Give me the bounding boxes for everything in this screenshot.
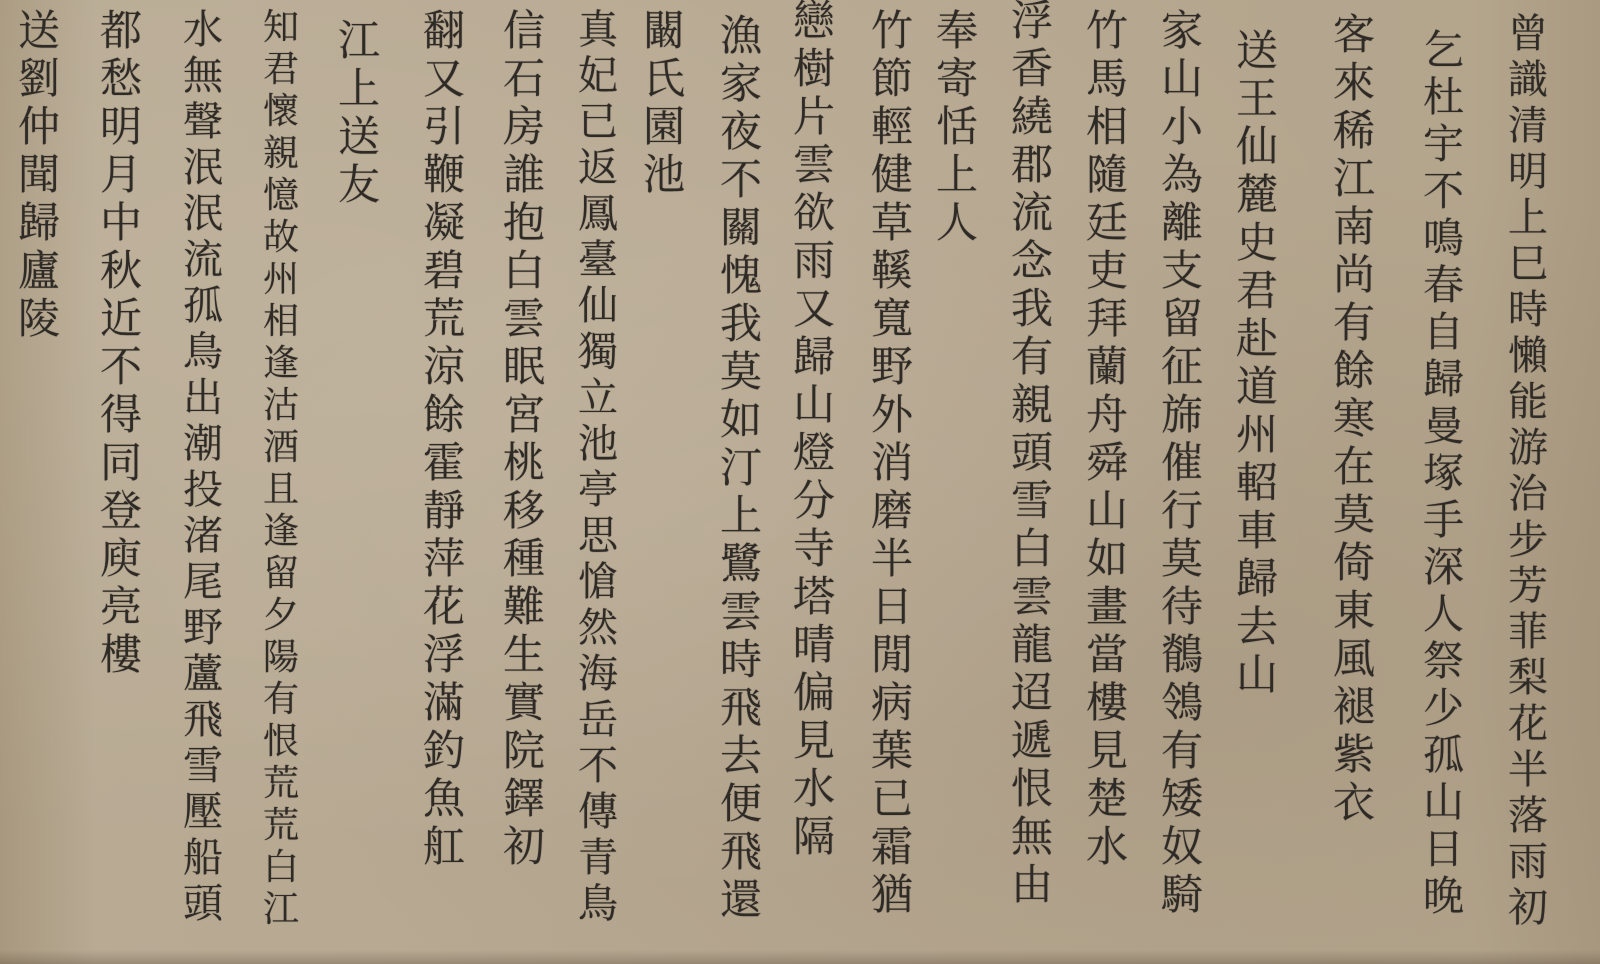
calligraphy-character: 思 [578,516,618,560]
calligraphy-character: 仙 [1236,126,1278,172]
calligraphy-character: 節 [871,58,913,104]
calligraphy-character: 園 [643,106,685,152]
calligraphy-character: 日 [871,586,913,632]
calligraphy-character: 念 [1011,240,1053,286]
calligraphy-character: 霍 [423,442,465,488]
calligraphy-character: 我 [720,303,762,349]
calligraphy-character: 史 [1236,222,1278,268]
calligraphy-character: 頭 [183,884,223,928]
calligraphy-character: 軺 [1236,462,1278,508]
calligraphy-character: 仲 [18,106,60,152]
calligraphy-character: 旆 [1161,394,1203,440]
calligraphy-character: 矮 [1161,778,1203,824]
calligraphy-character: 獨 [578,332,618,376]
calligraphy-character: 出 [183,378,223,422]
calligraphy-character: 莫 [720,351,762,397]
calligraphy-character: 在 [1333,446,1375,492]
calligraphy-character: 曼 [1423,406,1464,451]
calligraphy-column: 江上送友 [338,20,380,212]
calligraphy-character: 拜 [1086,298,1128,344]
calligraphy-character: 水 [1086,826,1128,872]
calligraphy-character: 州 [263,262,299,302]
calligraphy-character: 猶 [871,874,913,920]
calligraphy-character: 潮 [183,424,223,468]
calligraphy-character: 有 [1011,336,1053,382]
calligraphy-character: 妃 [578,56,618,100]
calligraphy-character: 歸 [1423,359,1464,404]
calligraphy-character: 稀 [1333,110,1375,156]
calligraphy-character: 白 [263,850,299,890]
calligraphy-character: 院 [503,730,545,776]
calligraphy-character: 鷺 [720,543,762,589]
calligraphy-character: 雨 [1508,842,1548,886]
calligraphy-character: 竹 [871,10,913,56]
calligraphy-character: 花 [1508,704,1548,748]
calligraphy-character: 深 [1423,547,1464,592]
calligraphy-character: 半 [1508,750,1548,794]
calligraphy-character: 渚 [183,516,223,560]
calligraphy-character: 野 [871,346,913,392]
calligraphy-character: 來 [1333,62,1375,108]
calligraphy-character: 氏 [643,58,685,104]
calligraphy-character: 聲 [183,102,223,146]
calligraphy-character: 泯 [183,194,223,238]
calligraphy-character: 消 [871,442,913,488]
calligraphy-character: 分 [793,480,835,526]
calligraphy-character: 已 [871,778,913,824]
calligraphy-character: 岳 [578,700,618,744]
calligraphy-column: 闞氏園池 [643,10,685,202]
calligraphy-character: 草 [871,202,913,248]
calligraphy-character: 赴 [1236,318,1278,364]
calligraphy-character: 樓 [100,634,142,680]
calligraphy-character: 真 [578,10,618,54]
calligraphy-column: 戀樹片雲欲雨又歸山燈分寺塔晴偏見水隔 [793,0,835,864]
calligraphy-character: 少 [1423,688,1464,733]
calligraphy-character: 寒 [1333,398,1375,444]
calligraphy-character: 友 [338,164,380,210]
calligraphy-character: 東 [1333,590,1375,636]
calligraphy-character: 荒 [263,766,299,806]
calligraphy-column: 家山小為離支留征旆催行莫待鶺鴒有矮奴騎 [1161,10,1203,922]
calligraphy-character: 登 [100,490,142,536]
calligraphy-character: 同 [100,442,142,488]
calligraphy-column: 奉寄恬上人 [936,10,978,250]
calligraphy-character: 紫 [1333,734,1375,780]
calligraphy-character: 香 [1011,48,1053,94]
calligraphy-character: 尾 [183,562,223,606]
calligraphy-character: 州 [1236,414,1278,460]
calligraphy-character: 房 [503,106,545,152]
calligraphy-character: 宇 [1423,124,1464,169]
calligraphy-character: 荒 [423,298,465,344]
calligraphy-character: 歸 [18,202,60,248]
calligraphy-character: 涼 [423,346,465,392]
calligraphy-character: 步 [1508,520,1548,564]
calligraphy-character: 鳥 [578,884,618,928]
calligraphy-character: 催 [1161,442,1203,488]
calligraphy-character: 花 [423,586,465,632]
calligraphy-character: 逢 [263,514,299,554]
calligraphy-character: 晴 [793,624,835,670]
calligraphy-column: 乞杜宇不鳴春自歸曼塚手深人祭少孤山日晚 [1423,30,1464,923]
calligraphy-character: 漁 [720,15,762,61]
calligraphy-character: 壓 [183,792,223,836]
calligraphy-column: 信石房誰抱白雲眠宮桃移種難生實院鐸初 [503,10,545,874]
calligraphy-character: 見 [1086,730,1128,776]
calligraphy-character: 汀 [720,447,762,493]
calligraphy-character: 塚 [1423,453,1464,498]
calligraphy-character: 白 [503,250,545,296]
calligraphy-column: 竹節輕健草鞵寬野外消磨半日閒病葉已霜猶 [871,10,913,922]
calligraphy-character: 然 [578,608,618,652]
calligraphy-character: 閒 [871,634,913,680]
calligraphy-character: 自 [1423,312,1464,357]
calligraphy-character: 輕 [871,106,913,152]
calligraphy-character: 鞭 [423,154,465,200]
calligraphy-character: 懷 [263,94,299,134]
calligraphy-character: 祭 [1423,641,1464,686]
calligraphy-character: 頭 [1011,432,1053,478]
calligraphy-character: 餘 [1333,350,1375,396]
calligraphy-character: 葉 [871,730,913,776]
calligraphy-character: 莫 [1333,494,1375,540]
calligraphy-character: 不 [1423,171,1464,216]
calligraphy-character: 愧 [720,255,762,301]
calligraphy-character: 雲 [720,591,762,637]
calligraphy-character: 亭 [578,470,618,514]
calligraphy-character: 秋 [100,250,142,296]
calligraphy-character: 都 [100,10,142,56]
calligraphy-character: 見 [793,720,835,766]
calligraphy-column: 浮香繞郡流念我有親頭雪白雲龍迢遞恨無由 [1011,0,1053,912]
calligraphy-character: 引 [423,106,465,152]
calligraphy-character: 道 [1236,366,1278,412]
calligraphy-character: 又 [793,288,835,334]
calligraphy-character: 當 [1086,634,1128,680]
calligraphy-character: 芳 [1508,566,1548,610]
calligraphy-character: 雲 [503,298,545,344]
calligraphy-character: 山 [1086,490,1128,536]
calligraphy-character: 褪 [1333,686,1375,732]
calligraphy-character: 實 [503,682,545,728]
calligraphy-character: 莫 [1161,538,1203,584]
calligraphy-character: 偏 [793,672,835,718]
calligraphy-character: 春 [1423,265,1464,310]
calligraphy-character: 雪 [183,746,223,790]
calligraphy-character: 魚 [423,778,465,824]
calligraphy-column: 水無聲泯泯流孤鳥出潮投渚尾野蘆飛雪壓船頭 [183,10,223,930]
calligraphy-character: 蘭 [1086,346,1128,392]
calligraphy-character: 夕 [263,598,299,638]
calligraphy-character: 夜 [720,111,762,157]
calligraphy-character: 有 [1161,730,1203,776]
calligraphy-character: 池 [578,424,618,468]
calligraphy-character: 由 [1011,864,1053,910]
calligraphy-character: 片 [793,96,835,142]
calligraphy-character: 寺 [793,528,835,574]
calligraphy-character: 明 [1508,152,1548,196]
calligraphy-character: 杜 [1423,77,1464,122]
calligraphy-character: 初 [1508,888,1548,932]
calligraphy-character: 廬 [18,250,60,296]
calligraphy-column: 送王仙麓史君赴道州軺車歸去山 [1236,30,1278,702]
calligraphy-character: 仙 [578,286,618,330]
calligraphy-character: 眠 [503,346,545,392]
calligraphy-character: 舡 [423,826,465,872]
calligraphy-character: 去 [720,735,762,781]
calligraphy-character: 浮 [1011,0,1053,46]
calligraphy-character: 君 [263,52,299,92]
calligraphy-character: 去 [1236,606,1278,652]
calligraphy-character: 車 [1236,510,1278,556]
calligraphy-character: 親 [1011,384,1053,430]
calligraphy-character: 衣 [1333,782,1375,828]
calligraphy-character: 愴 [578,562,618,606]
calligraphy-character: 難 [503,586,545,632]
calligraphy-character: 關 [720,207,762,253]
calligraphy-character: 梨 [1508,658,1548,702]
calligraphy-column: 漁家夜不關愧我莫如汀上鷺雲時飛去便飛還 [720,15,762,927]
calligraphy-character: 荒 [263,808,299,848]
calligraphy-character: 霜 [871,826,913,872]
calligraphy-character: 家 [720,63,762,109]
calligraphy-character: 飛 [720,687,762,733]
calligraphy-character: 沽 [263,388,299,428]
calligraphy-scroll: 曾識清明上巳時懶能游治步芳菲梨花半落雨初乞杜宇不鳴春自歸曼塚手深人祭少孤山日晚客… [0,0,1600,964]
calligraphy-character: 隨 [1086,154,1128,200]
calligraphy-character: 信 [503,10,545,56]
calligraphy-character: 送 [18,10,60,56]
calligraphy-character: 雲 [1011,576,1053,622]
calligraphy-character: 蘆 [183,654,223,698]
calligraphy-character: 又 [423,58,465,104]
calligraphy-character: 舟 [1086,394,1128,440]
calligraphy-character: 明 [100,106,142,152]
calligraphy-character: 為 [1161,154,1203,200]
calligraphy-character: 孤 [1423,735,1464,780]
calligraphy-character: 聞 [18,154,60,200]
calligraphy-character: 酒 [263,430,299,470]
calligraphy-character: 馬 [1086,58,1128,104]
calligraphy-character: 鳴 [1423,218,1464,263]
calligraphy-character: 鞵 [871,250,913,296]
calligraphy-character: 繞 [1011,96,1053,142]
calligraphy-character: 投 [183,470,223,514]
calligraphy-character: 恨 [263,724,299,764]
calligraphy-character: 君 [1236,270,1278,316]
calligraphy-character: 隔 [793,816,835,862]
calligraphy-character: 舜 [1086,442,1128,488]
calligraphy-character: 有 [1333,302,1375,348]
calligraphy-character: 青 [578,838,618,882]
calligraphy-character: 江 [1333,158,1375,204]
calligraphy-character: 留 [263,556,299,596]
calligraphy-character: 釣 [423,730,465,776]
calligraphy-character: 生 [503,634,545,680]
calligraphy-character: 吏 [1086,250,1128,296]
calligraphy-character: 有 [263,682,299,722]
calligraphy-character: 行 [1161,490,1203,536]
calligraphy-character: 抱 [503,202,545,248]
calligraphy-character: 飛 [720,831,762,877]
calligraphy-column: 曾識清明上巳時懶能游治步芳菲梨花半落雨初 [1508,14,1548,934]
calligraphy-character: 時 [720,639,762,685]
calligraphy-character: 病 [871,682,913,728]
calligraphy-character: 凝 [423,202,465,248]
calligraphy-character: 上 [720,495,762,541]
calligraphy-character: 支 [1161,250,1203,296]
calligraphy-character: 樹 [793,48,835,94]
calligraphy-character: 山 [793,384,835,430]
calligraphy-character: 知 [263,10,299,50]
calligraphy-character: 恨 [1011,768,1053,814]
calligraphy-character: 相 [263,304,299,344]
calligraphy-character: 乞 [1423,30,1464,75]
calligraphy-character: 風 [1333,638,1375,684]
calligraphy-character: 雲 [793,144,835,190]
calligraphy-character: 樓 [1086,682,1128,728]
calligraphy-character: 劉 [18,58,60,104]
calligraphy-character: 奴 [1161,826,1203,872]
calligraphy-character: 靜 [423,490,465,536]
calligraphy-character: 戀 [793,0,835,46]
calligraphy-column: 客來稀江南尚有餘寒在莫倚東風褪紫衣 [1333,14,1375,830]
calligraphy-character: 郡 [1011,144,1053,190]
calligraphy-character: 游 [1508,428,1548,472]
calligraphy-character: 碧 [423,250,465,296]
calligraphy-character: 離 [1161,202,1203,248]
calligraphy-character: 江 [263,892,299,932]
calligraphy-character: 親 [263,136,299,176]
calligraphy-character: 上 [936,154,978,200]
calligraphy-character: 日 [1423,829,1464,874]
calligraphy-character: 翻 [423,10,465,56]
calligraphy-character: 晚 [1423,876,1464,921]
calligraphy-character: 騎 [1161,874,1203,920]
calligraphy-character: 浮 [423,634,465,680]
calligraphy-column: 知君懷親憶故州相逢沽酒且逢留夕陽有恨荒荒白江 [263,10,299,934]
calligraphy-character: 水 [793,768,835,814]
calligraphy-character: 王 [1236,78,1278,124]
calligraphy-character: 送 [1236,30,1278,76]
calligraphy-character: 我 [1011,288,1053,334]
calligraphy-character: 雨 [793,240,835,286]
calligraphy-character: 送 [338,116,380,162]
calligraphy-character: 楚 [1086,778,1128,824]
calligraphy-character: 山 [1236,654,1278,700]
calligraphy-character: 健 [871,154,913,200]
calligraphy-character: 臺 [578,240,618,284]
calligraphy-character: 移 [503,490,545,536]
calligraphy-character: 上 [1508,198,1548,242]
calligraphy-character: 憶 [263,178,299,218]
calligraphy-character: 餘 [423,394,465,440]
calligraphy-character: 傳 [578,792,618,836]
calligraphy-character: 時 [1508,290,1548,334]
calligraphy-character: 石 [503,58,545,104]
calligraphy-character: 半 [871,538,913,584]
calligraphy-character: 山 [1423,782,1464,827]
calligraphy-character: 恬 [936,106,978,152]
calligraphy-character: 外 [871,394,913,440]
calligraphy-column: 真妃已返鳳臺仙獨立池亭思愴然海岳不傳青鳥 [578,10,618,930]
calligraphy-character: 遞 [1011,720,1053,766]
calligraphy-character: 飛 [183,700,223,744]
calligraphy-character: 得 [100,394,142,440]
calligraphy-column: 送劉仲聞歸廬陵 [18,10,60,346]
calligraphy-character: 家 [1161,10,1203,56]
calligraphy-character: 海 [578,654,618,698]
calligraphy-character: 故 [263,220,299,260]
calligraphy-character: 寬 [871,298,913,344]
calligraphy-column: 都愁明月中秋近不得同登庾亮樓 [100,10,142,682]
calligraphy-character: 手 [1423,500,1464,545]
calligraphy-character: 陽 [263,640,299,680]
calligraphy-character: 清 [1508,106,1548,150]
calligraphy-character: 落 [1508,796,1548,840]
calligraphy-character: 流 [183,240,223,284]
calligraphy-character: 迢 [1011,672,1053,718]
calligraphy-character: 種 [503,538,545,584]
calligraphy-character: 不 [578,746,618,790]
calligraphy-character: 治 [1508,474,1548,518]
calligraphy-character: 欲 [793,192,835,238]
calligraphy-column: 竹馬相隨廷吏拜蘭舟舜山如畫當樓見楚水 [1086,10,1128,874]
calligraphy-character: 南 [1333,206,1375,252]
calligraphy-character: 不 [100,346,142,392]
calligraphy-character: 孤 [183,286,223,330]
calligraphy-character: 歸 [1236,558,1278,604]
calligraphy-character: 磨 [871,490,913,536]
calligraphy-character: 水 [183,10,223,54]
calligraphy-character: 愁 [100,58,142,104]
calligraphy-character: 如 [1086,538,1128,584]
calligraphy-character: 龍 [1011,624,1053,670]
calligraphy-character: 留 [1161,298,1203,344]
calligraphy-character: 待 [1161,586,1203,632]
calligraphy-character: 如 [720,399,762,445]
calligraphy-character: 能 [1508,382,1548,426]
calligraphy-character: 萍 [423,538,465,584]
calligraphy-character: 闞 [643,10,685,56]
calligraphy-character: 流 [1011,192,1053,238]
calligraphy-character: 畫 [1086,586,1128,632]
calligraphy-character: 識 [1508,60,1548,104]
calligraphy-character: 巳 [1508,244,1548,288]
calligraphy-character: 鳳 [578,194,618,238]
calligraphy-character: 初 [503,826,545,872]
calligraphy-character: 無 [183,56,223,100]
calligraphy-character: 燈 [793,432,835,478]
calligraphy-character: 船 [183,838,223,882]
calligraphy-character: 鐸 [503,778,545,824]
calligraphy-character: 上 [338,68,380,114]
calligraphy-character: 宮 [503,394,545,440]
calligraphy-character: 近 [100,298,142,344]
calligraphy-character: 泯 [183,148,223,192]
calligraphy-character: 還 [720,879,762,925]
calligraphy-character: 池 [643,154,685,200]
calligraphy-character: 鳥 [183,332,223,376]
calligraphy-column: 翻又引鞭凝碧荒涼餘霍靜萍花浮滿釣魚舡 [423,10,465,874]
calligraphy-character: 曾 [1508,14,1548,58]
calligraphy-character: 立 [578,378,618,422]
calligraphy-character: 人 [1423,594,1464,639]
calligraphy-character: 便 [720,783,762,829]
calligraphy-character: 雪 [1011,480,1053,526]
calligraphy-character: 陵 [18,298,60,344]
